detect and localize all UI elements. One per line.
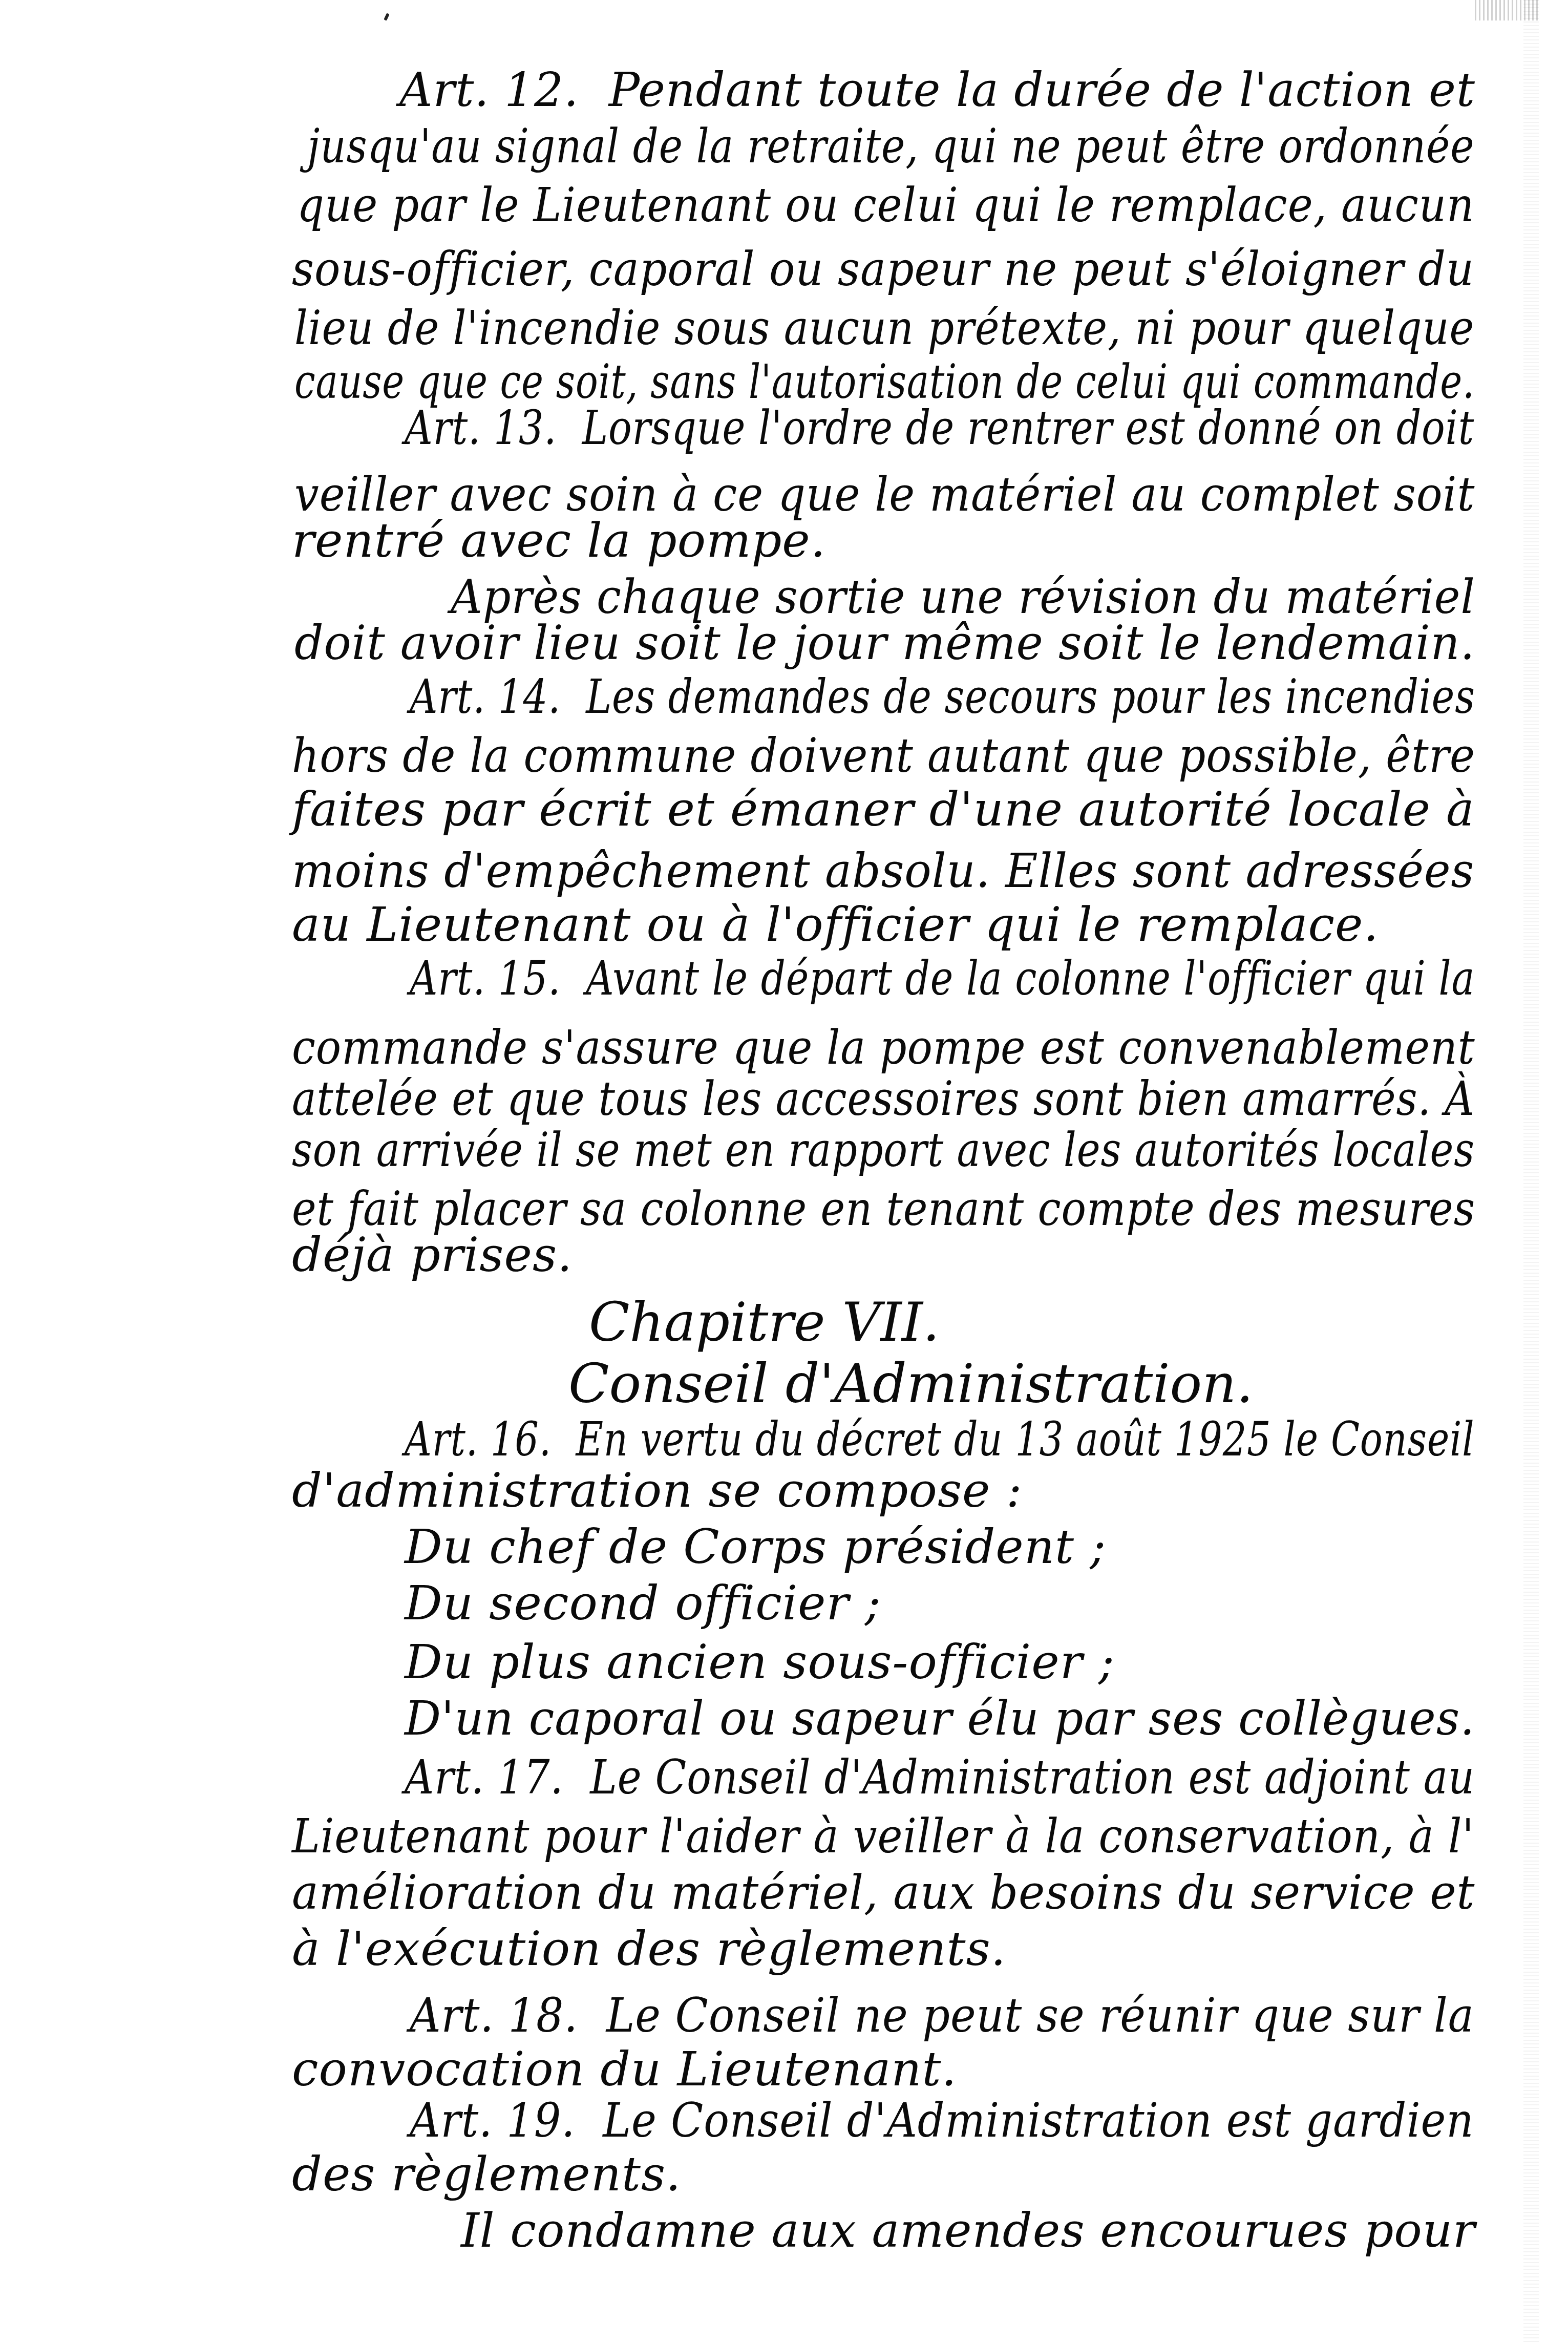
line: veiller avec soin à ce que le matériel a… [294, 471, 1475, 518]
line: son arrivée il se met en rapport avec le… [292, 1127, 1475, 1174]
ink-speck [384, 13, 389, 20]
line: d'administration se compose : [292, 1467, 1023, 1514]
line-text: commande s'assure que la pompe est conve… [292, 1020, 1475, 1075]
line: déjà prises. [292, 1232, 573, 1279]
article-label-12: Art. 12. [399, 62, 579, 117]
line-text: Lieutenant pour l'aider à veiller à la c… [292, 1809, 1474, 1864]
article-label-16: Art. 16. [405, 1412, 552, 1467]
line-text: faites par écrit et émaner d'une autorit… [292, 782, 1475, 837]
line-text: moins d'empêchement absolu. Elles sont a… [292, 843, 1474, 898]
line-art18-1: Art. 18.Le Conseil ne peut se réunir que… [410, 1992, 1474, 2039]
line-art12-1: Art. 12.Pendant toute la durée de l'acti… [399, 67, 1396, 114]
chapter-subtitle: Conseil d'Administration. [568, 1357, 1253, 1410]
line-art17-1: Art. 17.Le Conseil d'Administration est … [405, 1754, 1475, 1801]
line-text: En vertu du décret du 13 août 1925 le Co… [576, 1412, 1474, 1467]
line-text: Lorsque l'ordre de rentrer est donné on … [582, 400, 1474, 455]
line-art19-1: Art. 19.Le Conseil d'Administration est … [410, 2097, 1474, 2144]
line-text: Le Conseil d'Administration est gardien [603, 2093, 1474, 2148]
line: à l'exécution des règlements. [292, 1926, 1006, 1973]
line: que par le Lieutenant ou celui qui le re… [297, 182, 1474, 229]
line-text: des règlements. [292, 2147, 681, 2202]
article-label-15: Art. 15. [410, 951, 561, 1006]
line: doit avoir lieu soit le jour même soit l… [294, 620, 1475, 667]
line: sous-officier, caporal ou sapeur ne peut… [292, 246, 1474, 293]
line-text: Les demandes de secours pour les incendi… [586, 669, 1475, 724]
line-text: sous-officier, caporal ou sapeur ne peut… [292, 242, 1474, 297]
list-item: D'un caporal ou sapeur élu par ses collè… [405, 1695, 1475, 1742]
article-label-17: Art. 17. [405, 1750, 563, 1805]
line-text: Du plus ancien sous-officier ; [405, 1635, 1115, 1690]
line: et fait placer sa colonne en tenant comp… [292, 1186, 1475, 1233]
line: attelée et que tous les accessoires sont… [292, 1075, 1475, 1123]
scan-edge-noise [1475, 0, 1539, 20]
list-item: Du plus ancien sous-officier ; [405, 1639, 1115, 1686]
line: Il condamne aux amendes encourues pour [461, 2207, 1475, 2254]
line-text: rentré avec la pompe. [292, 513, 826, 568]
line-text: Le Conseil ne peut se réunir que sur la [606, 1988, 1474, 2043]
article-label-13: Art. 13. [405, 400, 557, 455]
line-text: convocation du Lieutenant. [292, 2042, 957, 2097]
line-text: D'un caporal ou sapeur élu par ses collè… [405, 1691, 1475, 1746]
line: hors de la commune doivent autant que po… [292, 732, 1475, 779]
article-label-19: Art. 19. [410, 2093, 575, 2148]
scan-edge-shadow [1523, 0, 1539, 2344]
line-text: doit avoir lieu soit le jour même soit l… [294, 616, 1475, 670]
line-text: hors de la commune doivent autant que po… [292, 728, 1475, 783]
line-text: Il condamne aux amendes encourues pour [461, 2203, 1475, 2258]
line-text: à l'exécution des règlements. [292, 1921, 1006, 1976]
line-text: que par le Lieutenant ou celui qui le re… [297, 178, 1474, 233]
line: des règlements. [292, 2151, 681, 2198]
line-art16-1: Art. 16.En vertu du décret du 13 août 19… [405, 1416, 1475, 1463]
line-text: d'administration se compose : [292, 1463, 1023, 1518]
line: lieu de l'incendie sous aucun prétexte, … [294, 305, 1474, 352]
line-text: déjà prises. [292, 1228, 573, 1282]
line-text: lieu de l'incendie sous aucun prétexte, … [294, 301, 1474, 355]
line-text: amélioration du matériel, aux besoins du… [292, 1865, 1475, 1920]
line: au Lieutenant ou à l'officier qui le rem… [292, 901, 1379, 948]
line: jusqu'au signal de la retraite, qui ne p… [307, 123, 1474, 170]
article-label-14: Art. 14. [410, 669, 561, 724]
line-text: son arrivée il se met en rapport avec le… [292, 1123, 1475, 1177]
line: rentré avec la pompe. [292, 517, 826, 564]
line: cause que ce soit, sans l'autorisation d… [294, 358, 1475, 406]
line: commande s'assure que la pompe est conve… [292, 1024, 1475, 1071]
list-item: Du second officier ; [405, 1580, 881, 1627]
line-text: Pendant toute la durée de l'action et [609, 62, 1475, 117]
line-text: Du chef de Corps président ; [405, 1519, 1106, 1574]
line-text: attelée et que tous les accessoires sont… [292, 1071, 1475, 1126]
line-text: Avant le départ de la colonne l'officier… [586, 951, 1475, 1006]
chapter-title: Chapitre VII. [589, 1296, 940, 1349]
line-text: jusqu'au signal de la retraite, qui ne p… [307, 119, 1474, 174]
line: moins d'empêchement absolu. Elles sont a… [292, 848, 1474, 895]
line-text: au Lieutenant ou à l'officier qui le rem… [292, 897, 1379, 952]
line-text: Le Conseil d'Administration est adjoint … [590, 1750, 1475, 1805]
article-label-18: Art. 18. [410, 1988, 578, 2043]
line: convocation du Lieutenant. [292, 2046, 957, 2093]
list-item: Du chef de Corps président ; [405, 1524, 1106, 1571]
line-art15-1: Art. 15.Avant le départ de la colonne l'… [410, 955, 1475, 1002]
document-page: Art. 12.Pendant toute la durée de l'acti… [0, 0, 1568, 2344]
line: faites par écrit et émaner d'une autorit… [292, 786, 1475, 833]
line: Lieutenant pour l'aider à veiller à la c… [292, 1813, 1474, 1860]
line: Après chaque sortie une révision du maté… [451, 574, 1475, 621]
line-art13-1: Art. 13.Lorsque l'ordre de rentrer est d… [405, 405, 1474, 452]
line-art14-1: Art. 14.Les demandes de secours pour les… [410, 673, 1475, 721]
line-text: Du second officier ; [405, 1576, 881, 1631]
line: amélioration du matériel, aux besoins du… [292, 1869, 1475, 1916]
